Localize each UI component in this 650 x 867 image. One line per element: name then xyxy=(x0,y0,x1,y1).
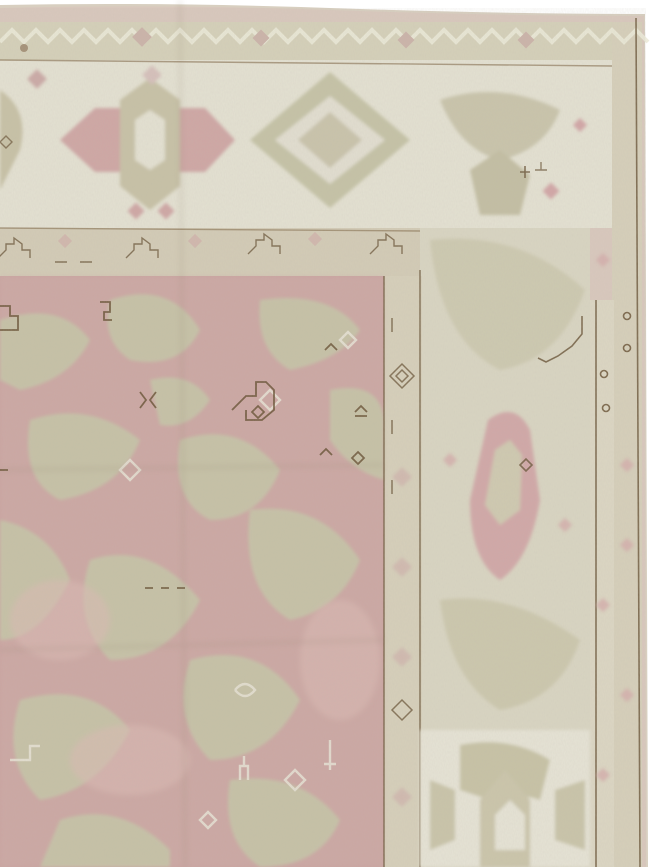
rug-illustration xyxy=(0,0,650,867)
rug-photo xyxy=(0,0,650,867)
